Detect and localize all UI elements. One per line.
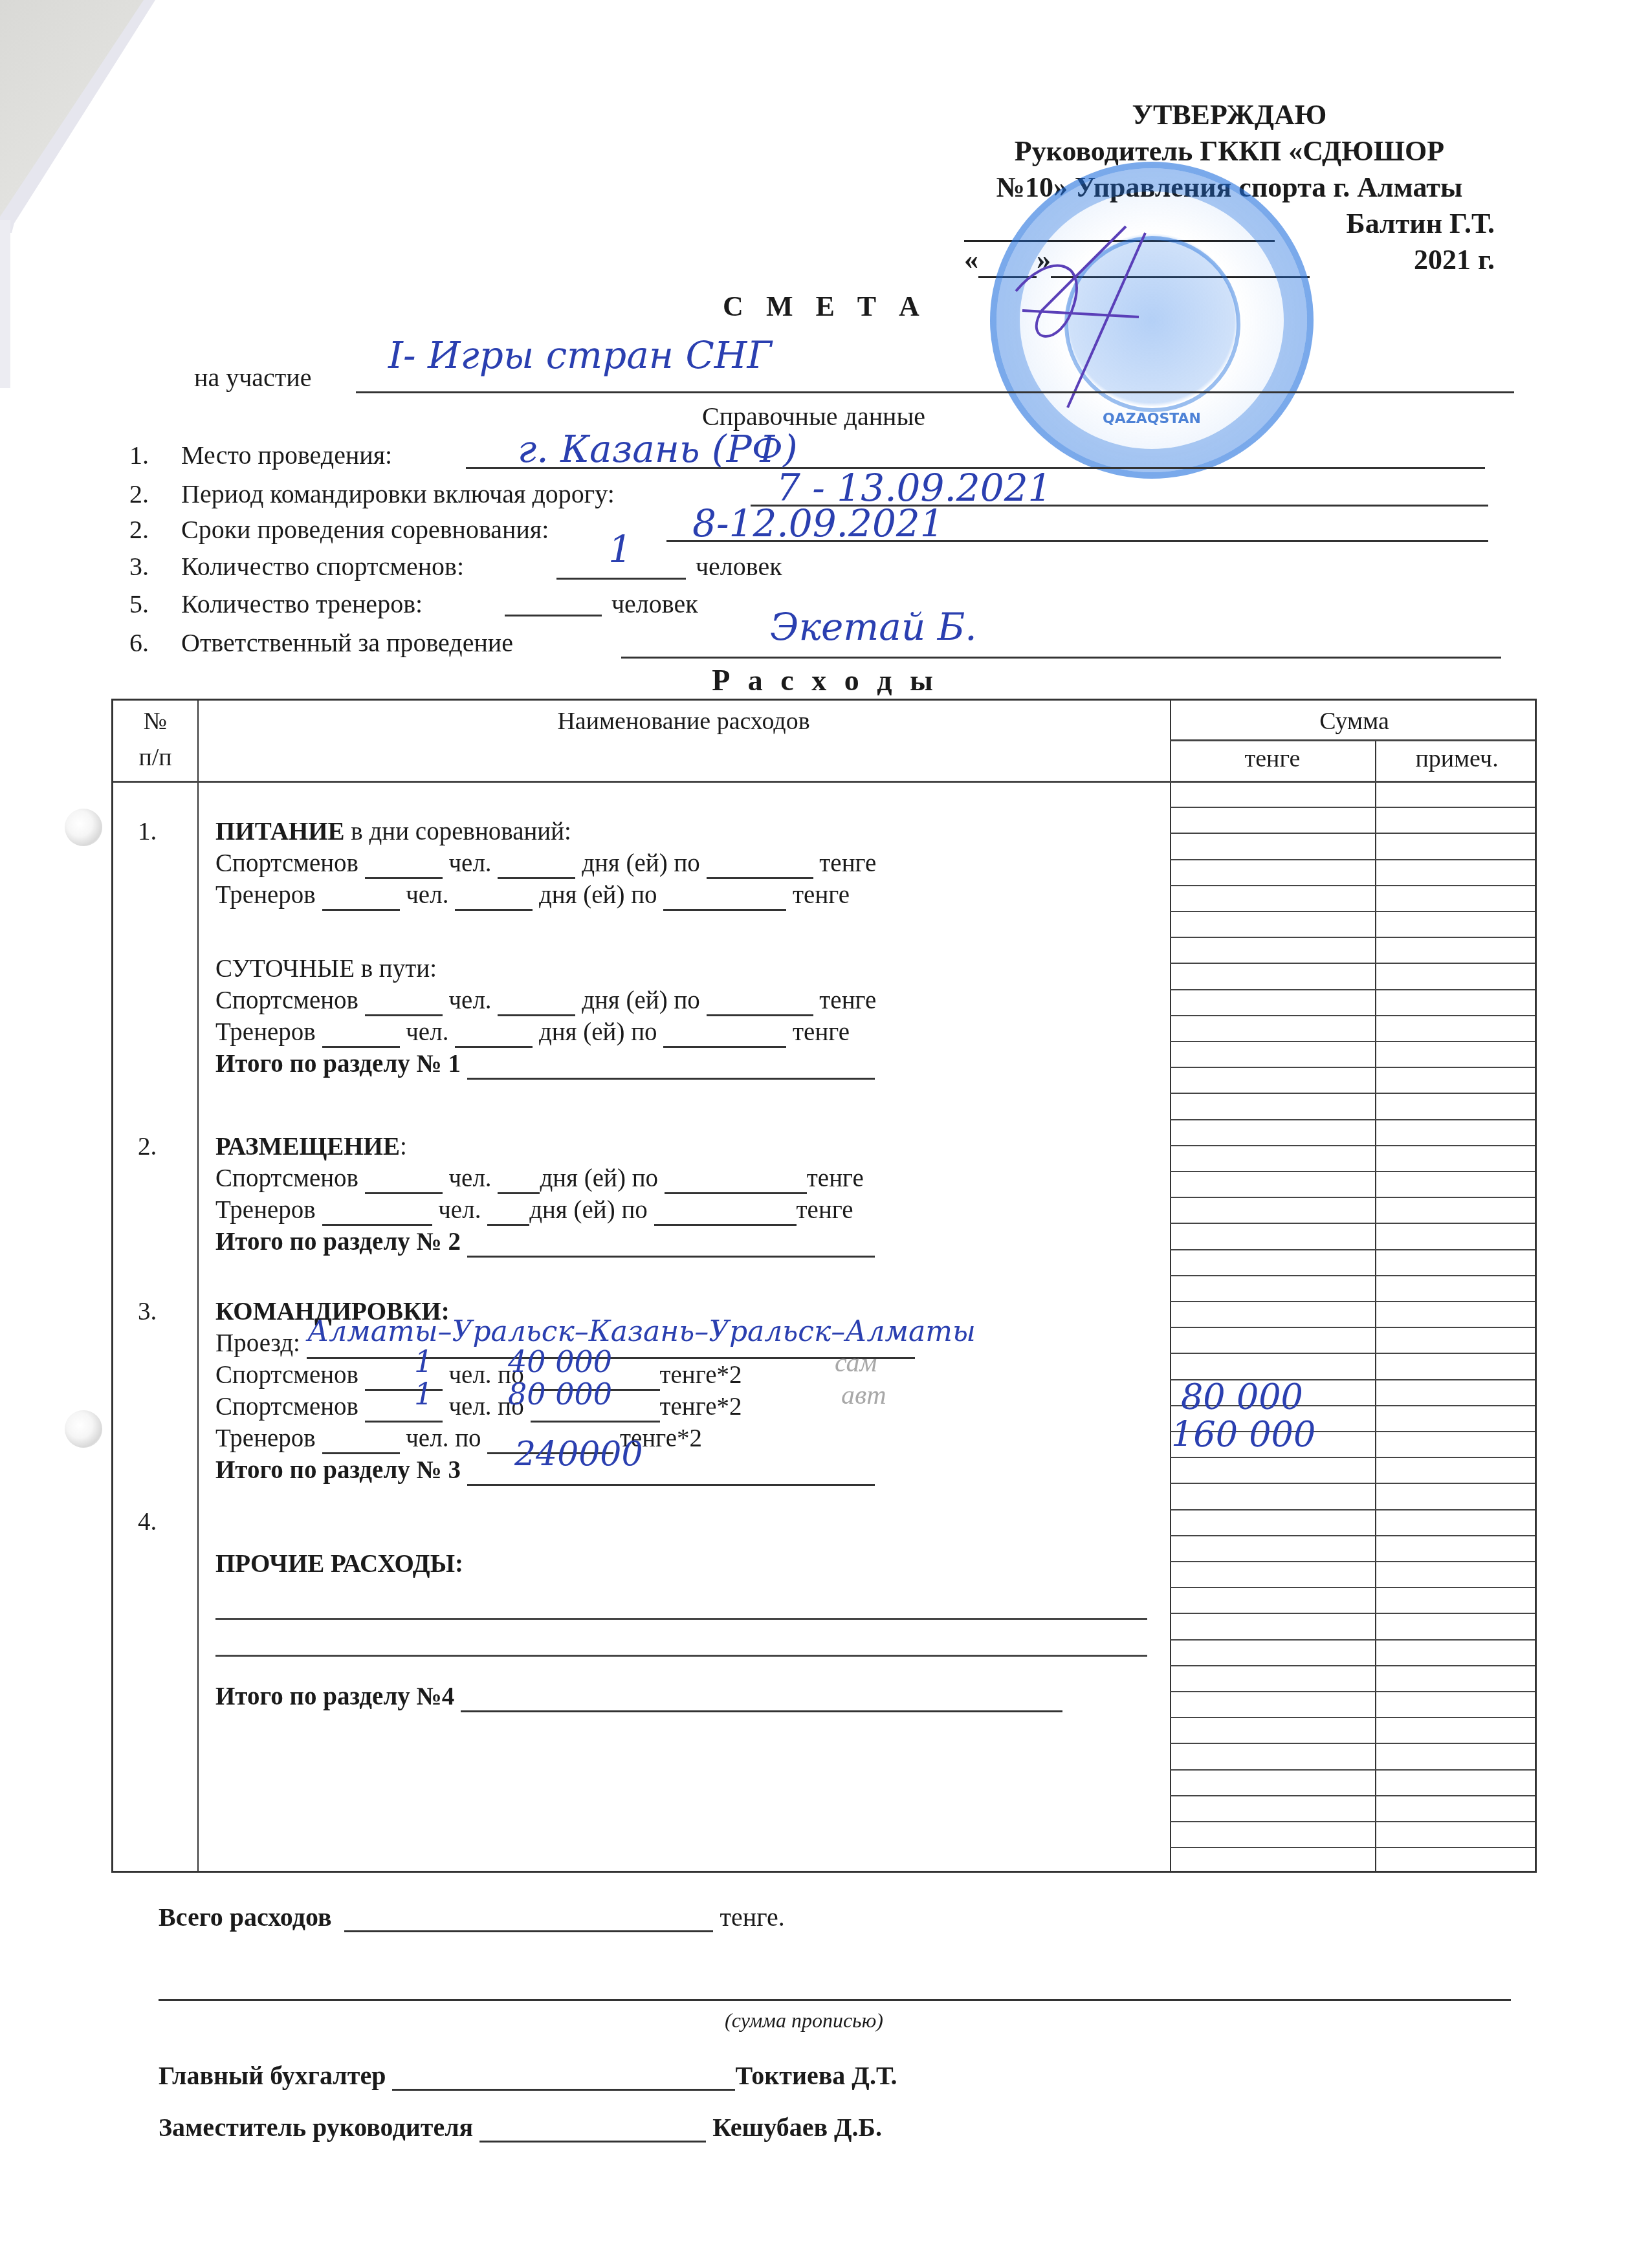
count-field[interactable] xyxy=(322,1023,400,1048)
date-open-quote: « xyxy=(964,242,978,278)
sum-row-line xyxy=(1170,963,1535,964)
athlete-count-2: 1 xyxy=(414,1377,433,1412)
count-field[interactable] xyxy=(365,854,443,879)
sum-tenge-value: 160 000 xyxy=(1171,1414,1315,1455)
venue-value: г. Казань (РФ) xyxy=(518,427,798,471)
section-1-line: Тренеров чел. дня (ей) по тенге xyxy=(215,879,850,911)
sum-row-line xyxy=(1170,1145,1535,1146)
sum-row-line xyxy=(1170,859,1535,860)
section-1-subtitle: СУТОЧНЫЕ в пути: xyxy=(215,953,437,985)
sum-row-line xyxy=(1170,1743,1535,1744)
price-1: 40 000 xyxy=(508,1344,612,1379)
price-2: 80 000 xyxy=(508,1377,612,1412)
section-2-title: РАЗМЕЩЕНИЕ: xyxy=(215,1131,407,1162)
athlete-count-1: 1 xyxy=(414,1344,433,1379)
sum-row-line xyxy=(1170,885,1535,886)
section-1-total-field[interactable] xyxy=(467,1054,875,1080)
approval-line1: Руководитель ГККП «СДЮШОР xyxy=(964,133,1495,169)
section-4-total: Итого по разделу №4 xyxy=(215,1681,1062,1712)
sum-row-line xyxy=(1170,1067,1535,1068)
rate-field[interactable] xyxy=(707,854,813,879)
sum-row-line xyxy=(1170,1535,1535,1536)
other-expenses-line[interactable] xyxy=(215,1618,1147,1620)
sum-row-line xyxy=(1170,1691,1535,1692)
approval-line2: №10» Управления спорта г. Алматы xyxy=(964,169,1495,206)
column-header-name: Наименование расходов xyxy=(197,707,1170,736)
section-number: 4. xyxy=(138,1506,157,1538)
expenses-heading: Р а с х о д ы xyxy=(0,663,1650,697)
sum-row-line xyxy=(1170,1171,1535,1172)
sum-row-line xyxy=(1170,989,1535,990)
section-number: 3. xyxy=(138,1296,157,1327)
expenses-table: № п/п Наименование расходов Сумма тенге … xyxy=(111,699,1537,1873)
rate-field[interactable] xyxy=(663,1023,786,1048)
section-3-line: Спортсменов чел. по тенге*2 xyxy=(215,1391,742,1423)
column-header-note: примеч. xyxy=(1375,745,1539,773)
column-header-num: № xyxy=(113,707,197,736)
deputy-director: Заместитель руководителя Кешубаев Д.Б. xyxy=(159,2112,882,2143)
participation-value: I- Игры стран СНГ xyxy=(388,333,772,377)
rate-field[interactable] xyxy=(665,1169,807,1194)
chief-accountant-signature-field[interactable] xyxy=(392,2066,735,2091)
section-2-line: Спортсменов чел. дня (ей) по тенге xyxy=(215,1162,864,1194)
sum-tenge-value: 80 000 xyxy=(1181,1377,1303,1417)
other-expenses-line[interactable] xyxy=(215,1655,1147,1657)
column-divider xyxy=(1375,739,1376,1871)
competition-dates-value: 8-12.09.2021 xyxy=(692,501,944,545)
coaches-count-unit: человек xyxy=(611,589,698,619)
reference-item: 6.Ответственный за проведение xyxy=(129,627,513,658)
sum-row-line xyxy=(1170,1795,1535,1796)
rate-field[interactable] xyxy=(663,886,786,911)
column-header-num-sub: п/п xyxy=(113,743,197,772)
header-subdivider xyxy=(1170,739,1535,741)
section-2-line: Тренеров чел. дня (ей) по тенге xyxy=(215,1194,853,1226)
section-1-line: Тренеров чел. дня (ей) по тенге xyxy=(215,1016,850,1048)
athletes-count-field[interactable] xyxy=(556,578,686,580)
column-header-sum: Сумма xyxy=(1170,707,1539,736)
count-field[interactable] xyxy=(322,1201,432,1226)
amount-in-words-field[interactable] xyxy=(159,1999,1511,2001)
sum-row-line xyxy=(1170,1665,1535,1666)
approval-year: 2021 г. xyxy=(1310,242,1495,278)
punch-hole xyxy=(65,809,102,846)
approval-signatory: Балтин Г.Т. xyxy=(1275,206,1495,242)
sum-row-line xyxy=(1170,1639,1535,1641)
count-field[interactable] xyxy=(322,886,400,911)
count-field[interactable] xyxy=(365,991,443,1016)
section-2-total-field[interactable] xyxy=(467,1232,875,1258)
amount-in-words-caption: (сумма прописью) xyxy=(725,2009,883,2033)
reference-item: 3.Количество спортсменов: xyxy=(129,551,464,582)
sum-row-line xyxy=(1170,833,1535,834)
section-1-total: Итого по разделу № 1 xyxy=(215,1048,875,1080)
deputy-signature-field[interactable] xyxy=(479,2117,706,2143)
punch-hole xyxy=(65,1410,102,1448)
section-1-line: Спортсменов чел. дня (ей) по тенге xyxy=(215,985,876,1016)
pencil-note-2: авт xyxy=(841,1380,886,1411)
reference-item: 2.Период командировки включая дорогу: xyxy=(129,479,615,509)
days-field[interactable] xyxy=(498,991,575,1016)
participation-label: на участие xyxy=(194,362,311,393)
rate-field[interactable] xyxy=(654,1201,797,1226)
sum-row-line xyxy=(1170,1613,1535,1614)
column-divider xyxy=(1170,701,1171,1871)
sum-row-line xyxy=(1170,1717,1535,1718)
participation-field[interactable] xyxy=(356,391,1514,393)
coaches-count-field[interactable] xyxy=(505,615,602,616)
athletes-count-unit: человек xyxy=(696,551,782,582)
sum-row-line xyxy=(1170,1327,1535,1328)
sum-row-line xyxy=(1170,1847,1535,1848)
sum-row-line xyxy=(1170,1769,1535,1771)
sum-row-line xyxy=(1170,1457,1535,1458)
section-4-title: ПРОЧИЕ РАСХОДЫ: xyxy=(215,1548,463,1580)
section-3-line: Спортсменов чел. по тенге*2 xyxy=(215,1359,742,1391)
section-2-total: Итого по разделу № 2 xyxy=(215,1226,875,1258)
approval-heading: УТВЕРЖДАЮ xyxy=(964,97,1495,133)
sum-row-line xyxy=(1170,1483,1535,1484)
reference-item: 1.Место проведения: xyxy=(129,440,392,470)
sum-row-line xyxy=(1170,1015,1535,1016)
sum-row-line xyxy=(1170,1821,1535,1822)
column-divider xyxy=(197,701,199,1871)
sum-row-line xyxy=(1170,1197,1535,1198)
total-expenses-field[interactable] xyxy=(344,1907,713,1932)
section-1-line: Спортсменов чел. дня (ей) по тенге xyxy=(215,847,876,879)
route-value: Алматы–Уральск–Казань–Уральск–Алматы xyxy=(307,1315,976,1348)
header-bottom-border xyxy=(113,781,1535,783)
days-field[interactable] xyxy=(487,1201,529,1226)
responsible-person-field[interactable] xyxy=(621,657,1501,659)
days-field[interactable] xyxy=(455,886,533,911)
rate-field[interactable] xyxy=(707,991,813,1016)
sum-row-line xyxy=(1170,1249,1535,1250)
sum-row-line xyxy=(1170,1275,1535,1276)
sum-row-line xyxy=(1170,937,1535,938)
section-number: 1. xyxy=(138,816,157,847)
days-field[interactable] xyxy=(455,1023,533,1048)
reference-item: 5.Количество тренеров: xyxy=(129,589,423,619)
pencil-note-1: сам xyxy=(835,1347,877,1379)
sum-row-line xyxy=(1170,1353,1535,1354)
athletes-count-value: 1 xyxy=(608,527,632,571)
sum-row-line xyxy=(1170,1587,1535,1588)
document-title: С М Е Т А xyxy=(0,290,1650,323)
sum-row-line xyxy=(1170,1223,1535,1224)
section-1-title: ПИТАНИЕ в дни соревнований: xyxy=(215,816,571,847)
section-3-total-value: 240000 xyxy=(514,1435,643,1474)
sum-row-line xyxy=(1170,1041,1535,1042)
reference-item: 2.Сроки проведения соревнования: xyxy=(129,514,549,545)
section-number: 2. xyxy=(138,1131,157,1162)
sum-row-line xyxy=(1170,1509,1535,1510)
sum-row-line xyxy=(1170,911,1535,912)
section-4-total-field[interactable] xyxy=(461,1687,1062,1712)
days-field[interactable] xyxy=(498,854,575,879)
responsible-person-value: Экетай Б. xyxy=(770,605,977,649)
days-field[interactable] xyxy=(498,1169,540,1194)
sum-row-line xyxy=(1170,1301,1535,1302)
chief-accountant: Главный бухгалтер Токтиева Д.Т. xyxy=(159,2060,897,2091)
sum-row-line xyxy=(1170,1119,1535,1120)
column-header-tenge: тенге xyxy=(1170,745,1375,773)
sum-row-line xyxy=(1170,1561,1535,1562)
count-field[interactable] xyxy=(365,1169,443,1194)
total-expenses: Всего расходов тенге. xyxy=(159,1902,785,1932)
sum-row-line xyxy=(1170,807,1535,808)
sum-row-line xyxy=(1170,1093,1535,1094)
count-field[interactable] xyxy=(322,1429,400,1454)
